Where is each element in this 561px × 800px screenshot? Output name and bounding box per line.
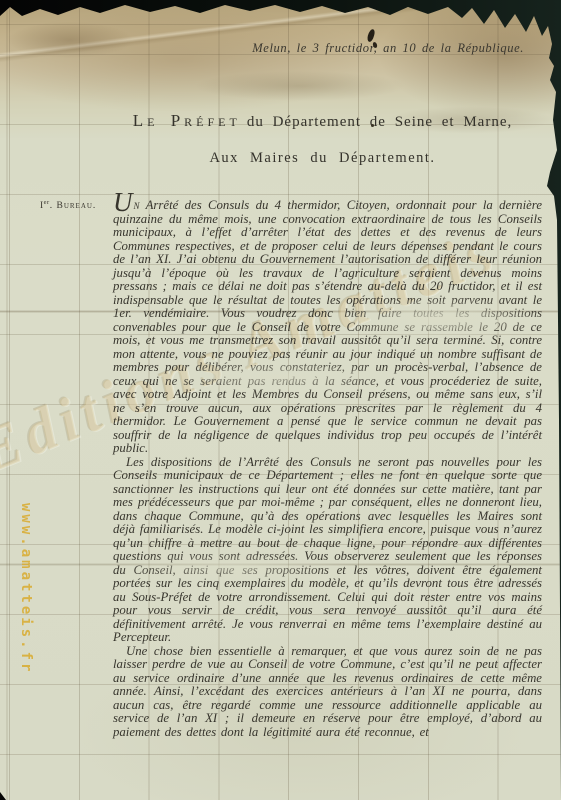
document-title: Le Préfetdu Département de Seine et Marn… — [100, 111, 545, 131]
title-prefect: Le Préfet — [133, 111, 241, 130]
bureau-label: . Bureau. — [50, 201, 97, 211]
paragraph-1-text: Arrêté des Consuls du 4 thermidor, Citoy… — [113, 198, 542, 455]
ink-blot — [371, 124, 374, 127]
bureau-margin-note: Ier. Bureau. — [40, 199, 120, 211]
body-paragraph-1: Un Arrêté des Consuls du 4 thermidor, Ci… — [113, 197, 542, 456]
letter-body: Un Arrêté des Consuls du 4 thermidor, Ci… — [113, 197, 542, 739]
watermark-site-url: www.amatteis.fr — [14, 503, 34, 745]
title-department: du Département de Seine et Marne, — [247, 114, 512, 130]
body-paragraph-3: Une chose bien essentielle à remarquer, … — [113, 645, 542, 740]
body-paragraph-2: Les dispositions de l’Arrêté des Consuls… — [113, 456, 542, 645]
scanned-document: Editions Amatteis Melun, le 3 fructidor,… — [0, 0, 561, 800]
addressee-line: Aux Maires du Département. — [100, 150, 545, 167]
dateline: Melun, le 3 fructidor, an 10 de la Répub… — [120, 41, 524, 56]
document-page: Editions Amatteis Melun, le 3 fructidor,… — [0, 0, 561, 800]
